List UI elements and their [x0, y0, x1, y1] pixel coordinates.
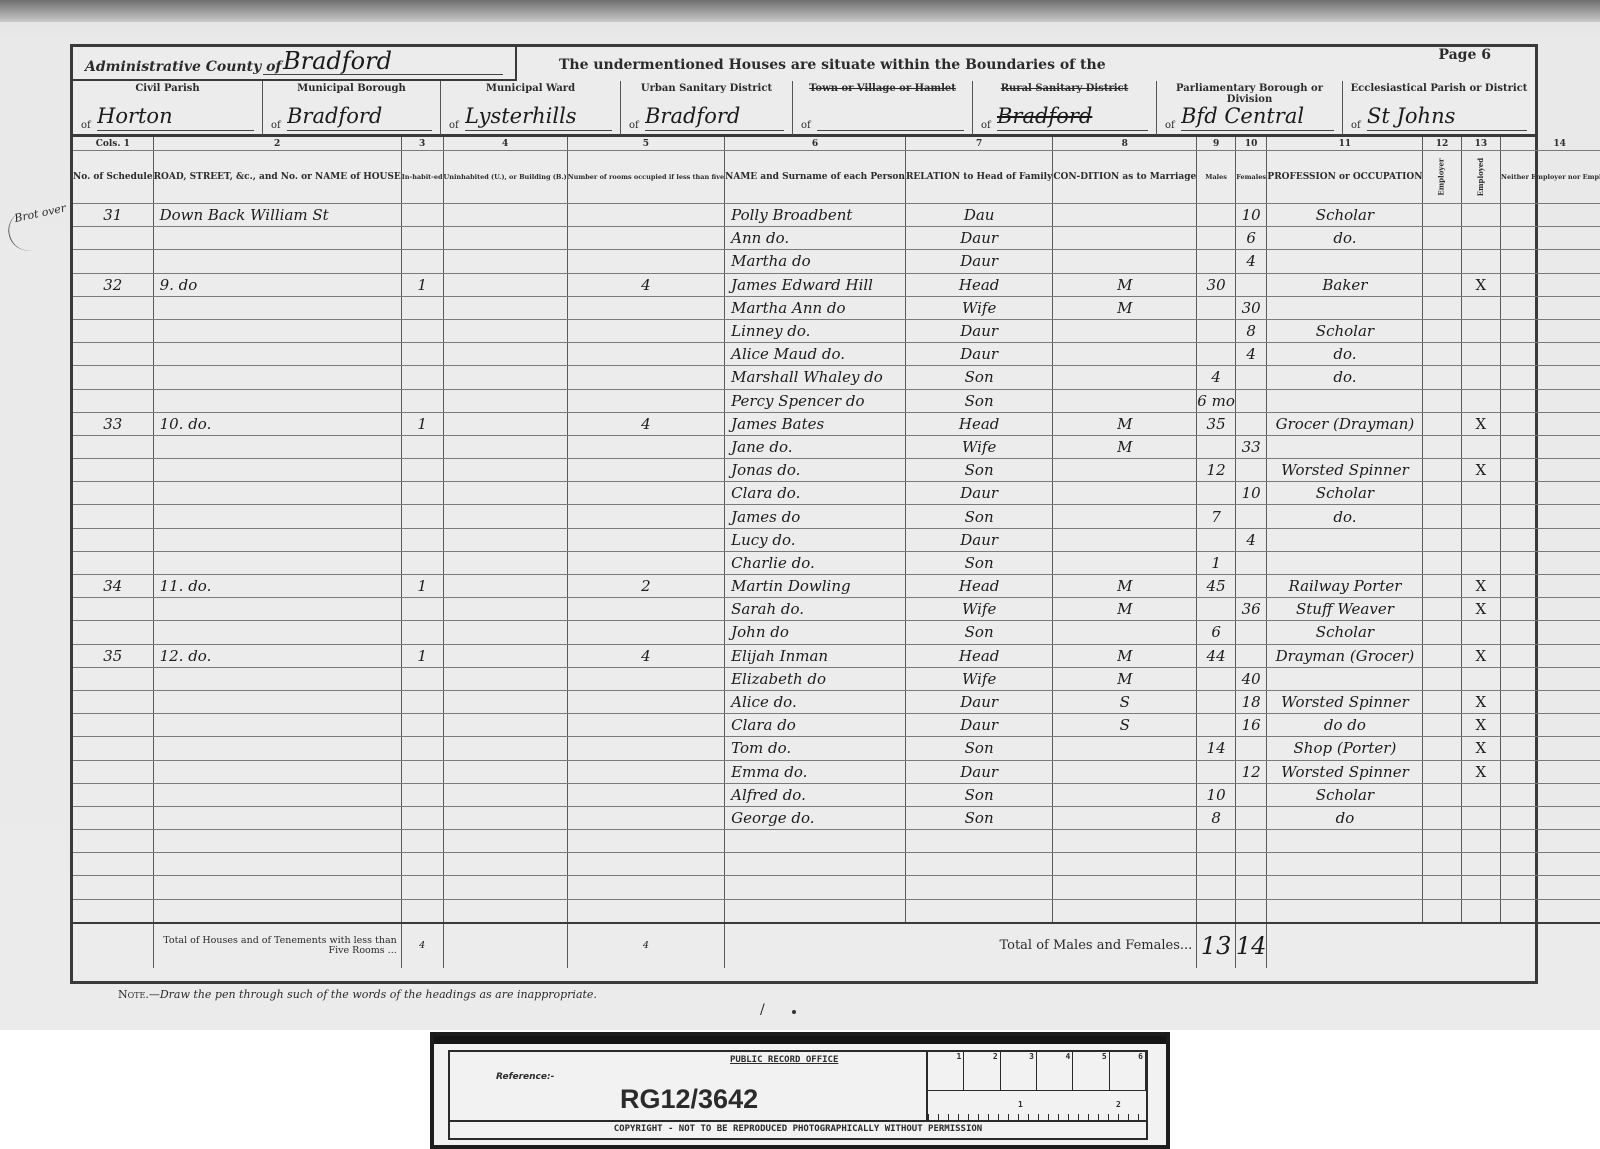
county-value: Bradford [263, 47, 503, 75]
cell-rooms [567, 830, 724, 853]
cell-cond [1053, 250, 1197, 273]
cell-name: Linney do. [725, 319, 906, 342]
cell-male: 45 [1197, 575, 1236, 598]
heading-uninhabited: Uninhabited (U.), or Building (B.) [443, 151, 567, 204]
cell-relation: Head [905, 575, 1052, 598]
cell-relation: Daur [905, 760, 1052, 783]
cell-relation: Daur [905, 528, 1052, 551]
mf-total-label: Total of Males and Females... [725, 923, 1197, 968]
cell-unh [443, 876, 567, 899]
cell-employer [1423, 853, 1461, 876]
heading-females: Females [1235, 151, 1267, 204]
table-row: George do.Son8dodo do [73, 806, 1600, 829]
cell-name: Jonas do. [725, 459, 906, 482]
cell-employed [1461, 830, 1500, 853]
cell-employer [1423, 714, 1461, 737]
cell-occupation [1267, 528, 1423, 551]
cell-male: 30 [1197, 273, 1236, 296]
cell-employed: X [1461, 412, 1500, 435]
cell-road: 10. do. [153, 412, 401, 435]
cell-female: 33 [1235, 435, 1267, 458]
cell-neither [1501, 296, 1600, 319]
cell-cond [1053, 459, 1197, 482]
heading-employer: Employer [1423, 151, 1461, 204]
cell-cond [1053, 204, 1197, 227]
cell-neither [1501, 435, 1600, 458]
heading-condition: CON-DITION as to Marriage [1053, 151, 1197, 204]
cell-occupation: Shop (Porter) [1267, 737, 1423, 760]
cell-cond: M [1053, 412, 1197, 435]
cell-relation: Wife [905, 296, 1052, 319]
cell-road [153, 435, 401, 458]
cell-schedule [73, 830, 153, 853]
cell-male: 44 [1197, 644, 1236, 667]
cell-schedule [73, 783, 153, 806]
cell-inh: 1 [401, 575, 443, 598]
cell-occupation: Baker [1267, 273, 1423, 296]
cell-relation: Daur [905, 343, 1052, 366]
cell-occupation [1267, 830, 1423, 853]
cell-name [725, 853, 906, 876]
municipal-borough-value: Bradford [287, 102, 432, 131]
cell-neither [1501, 783, 1600, 806]
cell-cond: M [1053, 296, 1197, 319]
cell-employed [1461, 435, 1500, 458]
cell-female [1235, 575, 1267, 598]
cell-female: 10 [1235, 204, 1267, 227]
cell-male: 8 [1197, 806, 1236, 829]
cell-unh [443, 621, 567, 644]
cell-inh [401, 760, 443, 783]
cell-cond [1053, 806, 1197, 829]
cell-male: 14 [1197, 737, 1236, 760]
cell-name: Clara do [725, 714, 906, 737]
cell-occupation [1267, 551, 1423, 574]
cell-unh [443, 598, 567, 621]
cell-inh [401, 389, 443, 412]
cell-female [1235, 366, 1267, 389]
cell-employer [1423, 644, 1461, 667]
table-row: John doSon6ScholarYorks. Bradford [73, 621, 1600, 644]
table-row: Clara do.Daur10Scholardo do [73, 482, 1600, 505]
cell-schedule [73, 737, 153, 760]
cell-female [1235, 830, 1267, 853]
cell-female [1235, 389, 1267, 412]
cell-unh [443, 899, 567, 923]
cell-relation: Head [905, 273, 1052, 296]
cell-inh [401, 366, 443, 389]
totals-row: Total of Houses and of Tenements with le… [73, 923, 1600, 968]
heading-occupation: PROFESSION or OCCUPATION [1267, 151, 1423, 204]
houses-total-label: Total of Houses and of Tenements with le… [153, 923, 401, 968]
cell-employed: X [1461, 273, 1500, 296]
cell-male [1197, 853, 1236, 876]
cell-rooms [567, 853, 724, 876]
cell-cond: S [1053, 714, 1197, 737]
cell-rooms [567, 760, 724, 783]
cell-occupation: Drayman (Grocer) [1267, 644, 1423, 667]
table-row: Percy Spencer doSon6 modo Bradford [73, 389, 1600, 412]
cell-unh [443, 482, 567, 505]
cell-road [153, 899, 401, 923]
cell-occupation [1267, 435, 1423, 458]
table-row [73, 899, 1600, 923]
admin-county: Administrative County of Bradford [73, 47, 517, 81]
cell-rooms [567, 343, 724, 366]
cell-unh [443, 690, 567, 713]
cell-name: Sarah do. [725, 598, 906, 621]
table-row: 3310. do.14James BatesHeadM35Grocer (Dra… [73, 412, 1600, 435]
cell-occupation [1267, 899, 1423, 923]
cell-employed: X [1461, 598, 1500, 621]
cell-unh [443, 667, 567, 690]
cell-rooms: 2 [567, 575, 724, 598]
cell-relation: Daur [905, 227, 1052, 250]
cell-name: James do [725, 505, 906, 528]
table-row: Elizabeth doWifeM40do do [73, 667, 1600, 690]
heading-employed: Employed [1461, 151, 1500, 204]
cell-neither [1501, 389, 1600, 412]
cell-name: Charlie do. [725, 551, 906, 574]
cell-female: 12 [1235, 760, 1267, 783]
cell-relation: Son [905, 783, 1052, 806]
cell-cond [1053, 621, 1197, 644]
cell-schedule [73, 435, 153, 458]
cell-male [1197, 296, 1236, 319]
table-row: Ann do.Daur6do.do do [73, 227, 1600, 250]
cell-unh [443, 366, 567, 389]
cell-name: Percy Spencer do [725, 389, 906, 412]
cell-rooms [567, 459, 724, 482]
cell-employed [1461, 899, 1500, 923]
cell-inh [401, 227, 443, 250]
cell-unh [443, 830, 567, 853]
cell-rooms [567, 250, 724, 273]
cell-employed [1461, 319, 1500, 342]
cell-employer [1423, 783, 1461, 806]
pro-reference-label: PUBLIC RECORD OFFICE Reference:- RG12/36… [430, 1032, 1170, 1149]
cell-road [153, 343, 401, 366]
town-village-value [817, 130, 964, 131]
tick-mark: / [760, 1002, 765, 1018]
cell-occupation: Scholar [1267, 621, 1423, 644]
cell-road [153, 876, 401, 899]
cell-road [153, 714, 401, 737]
cell-occupation [1267, 876, 1423, 899]
cell-employer [1423, 273, 1461, 296]
cell-name: Emma do. [725, 760, 906, 783]
cell-name: Jane do. [725, 435, 906, 458]
cell-schedule [73, 899, 153, 923]
cell-occupation [1267, 250, 1423, 273]
cell-employed [1461, 505, 1500, 528]
cell-occupation: Worsted Spinner [1267, 459, 1423, 482]
table-row: Alfred do.Son10Scholardo do [73, 783, 1600, 806]
cell-unh [443, 250, 567, 273]
cell-male [1197, 830, 1236, 853]
table-row: 329. do14James Edward HillHeadM30BakerXd… [73, 273, 1600, 296]
cell-employer [1423, 737, 1461, 760]
cell-schedule [73, 853, 153, 876]
cell-neither [1501, 690, 1600, 713]
cell-inh [401, 621, 443, 644]
cell-male [1197, 876, 1236, 899]
cell-employed [1461, 250, 1500, 273]
cell-name: Polly Broadbent [725, 204, 906, 227]
cell-schedule: 35 [73, 644, 153, 667]
table-row: Lucy do.Daur4do Bradford [73, 528, 1600, 551]
cell-cond: M [1053, 575, 1197, 598]
cell-rooms [567, 551, 724, 574]
cell-rooms [567, 876, 724, 899]
cell-male: 6 mo [1197, 389, 1236, 412]
cell-inh [401, 343, 443, 366]
cell-male [1197, 598, 1236, 621]
table-row: Marshall Whaley doSon4do.do do [73, 366, 1600, 389]
cell-male: 35 [1197, 412, 1236, 435]
cell-rooms [567, 227, 724, 250]
cell-female [1235, 273, 1267, 296]
cell-occupation: do. [1267, 343, 1423, 366]
cell-rooms [567, 667, 724, 690]
cell-unh [443, 714, 567, 737]
form-header-top: Administrative County of Bradford The un… [73, 47, 1535, 81]
cell-unh [443, 760, 567, 783]
cell-schedule [73, 528, 153, 551]
cell-female [1235, 899, 1267, 923]
cell-neither [1501, 412, 1600, 435]
scale-ruler: 123456 1 2 [926, 1052, 1146, 1122]
cell-female: 8 [1235, 319, 1267, 342]
table-row: Jane do.WifeM33Lincolnshire. Cowbit [73, 435, 1600, 458]
cell-neither [1501, 366, 1600, 389]
cell-employer [1423, 760, 1461, 783]
cell-employed [1461, 227, 1500, 250]
cell-neither [1501, 528, 1600, 551]
cell-schedule: 32 [73, 273, 153, 296]
cell-employed: X [1461, 459, 1500, 482]
cell-employed: X [1461, 575, 1500, 598]
rural-sanitary-value: Bradford [997, 102, 1148, 131]
reference-label: Reference:- [496, 1072, 554, 1082]
cell-rooms [567, 366, 724, 389]
cell-employed [1461, 667, 1500, 690]
cell-name: Lucy do. [725, 528, 906, 551]
cell-inh [401, 250, 443, 273]
cell-employer [1423, 296, 1461, 319]
cell-road [153, 482, 401, 505]
cell-employed [1461, 783, 1500, 806]
cell-male [1197, 714, 1236, 737]
cell-neither [1501, 273, 1600, 296]
cell-male: 12 [1197, 459, 1236, 482]
cell-male: 4 [1197, 366, 1236, 389]
copyright-notice: COPYRIGHT - NOT TO BE REPRODUCED PHOTOGR… [450, 1120, 1146, 1138]
cell-inh: 1 [401, 644, 443, 667]
cell-cond [1053, 227, 1197, 250]
cell-occupation: Stuff Weaver [1267, 598, 1423, 621]
cell-name: George do. [725, 806, 906, 829]
cell-road [153, 760, 401, 783]
cell-relation: Daur [905, 319, 1052, 342]
cell-occupation [1267, 667, 1423, 690]
cell-road: 9. do [153, 273, 401, 296]
cell-relation: Head [905, 412, 1052, 435]
cell-name: Alice do. [725, 690, 906, 713]
cell-employer [1423, 389, 1461, 412]
cell-female [1235, 853, 1267, 876]
cell-male [1197, 227, 1236, 250]
area-parliamentary: Parliamentary Borough or Division of Bfd… [1157, 81, 1343, 135]
table-row: Martha Ann doWifeM30do Manningham [73, 296, 1600, 319]
cell-schedule: 31 [73, 204, 153, 227]
cell-inh [401, 528, 443, 551]
heading-road: ROAD, STREET, &c., and No. or NAME of HO… [153, 151, 401, 204]
cell-employed [1461, 482, 1500, 505]
cell-rooms [567, 737, 724, 760]
cell-schedule [73, 296, 153, 319]
cell-road [153, 853, 401, 876]
cell-occupation: Scholar [1267, 482, 1423, 505]
cell-employer [1423, 250, 1461, 273]
cell-occupation: do. [1267, 505, 1423, 528]
cell-relation: Daur [905, 690, 1052, 713]
cell-female: 16 [1235, 714, 1267, 737]
cell-female: 36 [1235, 598, 1267, 621]
cell-female: 30 [1235, 296, 1267, 319]
cell-cond [1053, 760, 1197, 783]
cell-neither [1501, 806, 1600, 829]
cell-male [1197, 250, 1236, 273]
cell-neither [1501, 505, 1600, 528]
table-row: 3411. do.12Martin DowlingHeadM45Railway … [73, 575, 1600, 598]
cell-employed [1461, 621, 1500, 644]
cell-neither [1501, 853, 1600, 876]
table-row: James doSon7do.do Guiseley [73, 505, 1600, 528]
cell-employed [1461, 296, 1500, 319]
cell-male [1197, 319, 1236, 342]
cell-cond: M [1053, 598, 1197, 621]
cell-occupation: Grocer (Drayman) [1267, 412, 1423, 435]
cell-neither [1501, 575, 1600, 598]
column-headings: No. of Schedule ROAD, STREET, &c., and N… [73, 151, 1600, 204]
cell-employer [1423, 435, 1461, 458]
cell-road [153, 389, 401, 412]
cell-cond: S [1053, 690, 1197, 713]
cell-neither [1501, 343, 1600, 366]
cell-neither [1501, 644, 1600, 667]
cell-occupation [1267, 389, 1423, 412]
cell-employed: X [1461, 714, 1500, 737]
cell-unh [443, 273, 567, 296]
cell-unh [443, 343, 567, 366]
cell-neither [1501, 876, 1600, 899]
cell-male: 10 [1197, 783, 1236, 806]
cell-road [153, 250, 401, 273]
cell-schedule [73, 690, 153, 713]
table-row: Jonas do.Son12Worsted SpinnerXYorks. Bra… [73, 459, 1600, 482]
cell-employed [1461, 343, 1500, 366]
scan-shadow [0, 0, 1600, 22]
cell-cond [1053, 319, 1197, 342]
table-row: Tom do.Son14Shop (Porter)Xdo do [73, 737, 1600, 760]
cell-cond [1053, 482, 1197, 505]
cell-inh [401, 830, 443, 853]
cell-neither [1501, 551, 1600, 574]
cell-unh [443, 204, 567, 227]
cell-road [153, 528, 401, 551]
cell-road [153, 296, 401, 319]
cell-schedule [73, 389, 153, 412]
cell-schedule [73, 714, 153, 737]
cell-inh: 1 [401, 273, 443, 296]
cell-rooms [567, 806, 724, 829]
reference-number: RG12/3642 [620, 1084, 758, 1115]
cell-cond: M [1053, 644, 1197, 667]
cell-schedule [73, 806, 153, 829]
cell-female [1235, 737, 1267, 760]
cell-name: Tom do. [725, 737, 906, 760]
area-municipal-borough: Municipal Borough of Bradford [263, 81, 441, 135]
cell-rooms [567, 598, 724, 621]
area-town-village: Town or Village or Hamlet of [793, 81, 973, 135]
cell-schedule [73, 598, 153, 621]
cell-male [1197, 899, 1236, 923]
cell-inh [401, 296, 443, 319]
cell-female [1235, 644, 1267, 667]
cell-occupation: Scholar [1267, 783, 1423, 806]
cell-relation: Son [905, 551, 1052, 574]
heading-relation: RELATION to Head of Family [905, 151, 1052, 204]
cell-road [153, 227, 401, 250]
cell-female [1235, 412, 1267, 435]
table-row: Alice do.DaurS18Worsted SpinnerXdo do [73, 690, 1600, 713]
cell-male [1197, 760, 1236, 783]
cell-road [153, 319, 401, 342]
cell-employed [1461, 806, 1500, 829]
cell-relation: Head [905, 644, 1052, 667]
municipal-ward-value: Lysterhills [465, 102, 612, 131]
cell-schedule [73, 876, 153, 899]
cell-relation: Daur [905, 482, 1052, 505]
cell-road [153, 366, 401, 389]
cell-rooms [567, 435, 724, 458]
cell-rooms: 4 [567, 412, 724, 435]
table-row: Sarah do.WifeM36Stuff WeaverXdo do [73, 598, 1600, 621]
cell-employer [1423, 899, 1461, 923]
cell-name: Ann do. [725, 227, 906, 250]
county-label: Administrative County of [85, 59, 281, 75]
cell-employer [1423, 830, 1461, 853]
cell-unh [443, 505, 567, 528]
cell-name: Elizabeth do [725, 667, 906, 690]
cell-inh [401, 319, 443, 342]
table-row: Clara doDaurS16do doXdo do [73, 714, 1600, 737]
table-row: Charlie do.Son1do do [73, 551, 1600, 574]
area-urban-sanitary: Urban Sanitary District of Bradford [621, 81, 793, 135]
cell-name: Alice Maud do. [725, 343, 906, 366]
cell-schedule [73, 551, 153, 574]
cell-unh [443, 853, 567, 876]
males-total: 13 [1197, 923, 1236, 968]
cell-road: Down Back William St [153, 204, 401, 227]
cell-female: 18 [1235, 690, 1267, 713]
footnote: Note.—Draw the pen through such of the w… [118, 988, 597, 1001]
cell-employer [1423, 621, 1461, 644]
cell-male [1197, 435, 1236, 458]
cell-inh [401, 737, 443, 760]
cell-occupation [1267, 853, 1423, 876]
